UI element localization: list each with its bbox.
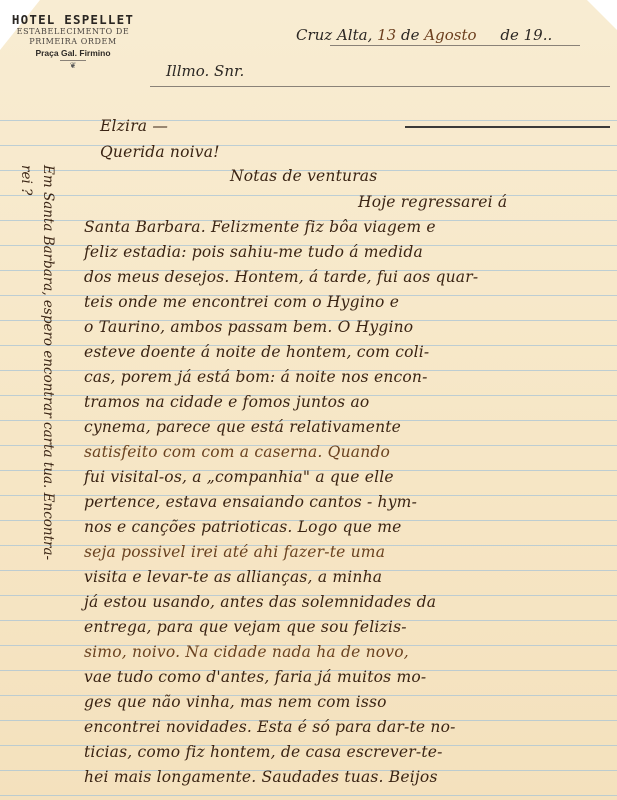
letterhead-address: Praça Gal. Firmino: [8, 48, 138, 58]
ornament-icon: ❦: [60, 60, 86, 70]
ruled-line: [0, 120, 617, 121]
dateline: Cruz Alta, 13 de Agosto de 19..: [296, 26, 552, 44]
salutation-greeting: Querida noiva!: [100, 143, 220, 161]
body-line: pertence, estava ensaiando cantos - hym-: [84, 493, 417, 511]
body-line: encontrei novidades. Esta é só para dar-…: [84, 718, 456, 736]
body-line: simo, noivo. Na cidade nada ha de novo,: [84, 643, 409, 661]
body-line: seja possivel irei até ahi fazer-te uma: [84, 543, 385, 561]
body-line: entrega, para que vejam que sou felizis-: [84, 618, 407, 636]
body-line: Hoje regressarei á: [358, 193, 507, 211]
body-line: esteve doente á noite de hontem, com col…: [84, 343, 429, 361]
body-line: cas, porem já está bom: á noite nos enco…: [84, 368, 428, 386]
dateline-de: de: [500, 26, 518, 44]
body-line: o Taurino, ambos passam bem. O Hygino: [84, 318, 413, 336]
dateline-underline: [330, 45, 580, 46]
body-line: Santa Barbara. Felizmente fiz bôa viagem…: [84, 218, 436, 236]
dateline-year: 19..: [524, 26, 553, 44]
body-line: dos meus desejos. Hontem, á tarde, fui a…: [84, 268, 478, 286]
body-line: fui visital-os, a „companhia" a que elle: [84, 468, 394, 486]
dateline-place: Cruz Alta,: [296, 26, 372, 44]
ruled-line: [0, 195, 617, 196]
body-line: visita e levar-te as allianças, a minha: [84, 568, 382, 586]
letter-heading: Notas de venturas: [230, 167, 377, 185]
addressee: Illmo. Snr.: [166, 62, 244, 80]
body-line: ges que não vinha, mas nem com isso: [84, 693, 387, 711]
ruled-line: [0, 795, 617, 796]
body-line: ticias, como fiz hontem, de casa escreve…: [84, 743, 443, 761]
margin-note-continuation: rei ?: [18, 165, 34, 195]
ruled-line: [0, 145, 617, 146]
dateline-day: 13: [377, 26, 396, 44]
addressee-underline: [150, 86, 610, 87]
body-line: teis onde me encontrei com o Hygino e: [84, 293, 399, 311]
dateline-month: Agosto: [424, 26, 476, 44]
salutation-name: Elzira —: [100, 117, 168, 135]
body-line: satisfeito com com a caserna. Quando: [84, 443, 390, 461]
header-divider: [405, 126, 610, 128]
letterhead-subtitle-1: ESTABELECIMENTO DE: [8, 27, 138, 37]
body-line: hei mais longamente. Saudades tuas. Beij…: [84, 768, 438, 786]
body-line: feliz estadia: pois sahiu-me tudo á medi…: [84, 243, 423, 261]
body-line: cynema, parece que está relativamente: [84, 418, 401, 436]
margin-note-main: Em Santa Barbara, espero encontrar carta…: [40, 165, 56, 560]
letterhead: HOTEL ESPELLET ESTABELECIMENTO DE PRIMEI…: [8, 12, 138, 70]
body-line: nos e canções patrioticas. Logo que me: [84, 518, 402, 536]
letter-page: HOTEL ESPELLET ESTABELECIMENTO DE PRIMEI…: [0, 0, 617, 800]
dateline-de: de: [401, 26, 419, 44]
body-line: já estou usando, antes das solemnidades …: [84, 593, 436, 611]
hotel-name: HOTEL ESPELLET: [8, 12, 138, 27]
letterhead-subtitle-2: PRIMEIRA ORDEM: [8, 37, 138, 47]
body-line: tramos na cidade e fomos juntos ao: [84, 393, 369, 411]
body-line: vae tudo como d'antes, faria já muitos m…: [84, 668, 426, 686]
